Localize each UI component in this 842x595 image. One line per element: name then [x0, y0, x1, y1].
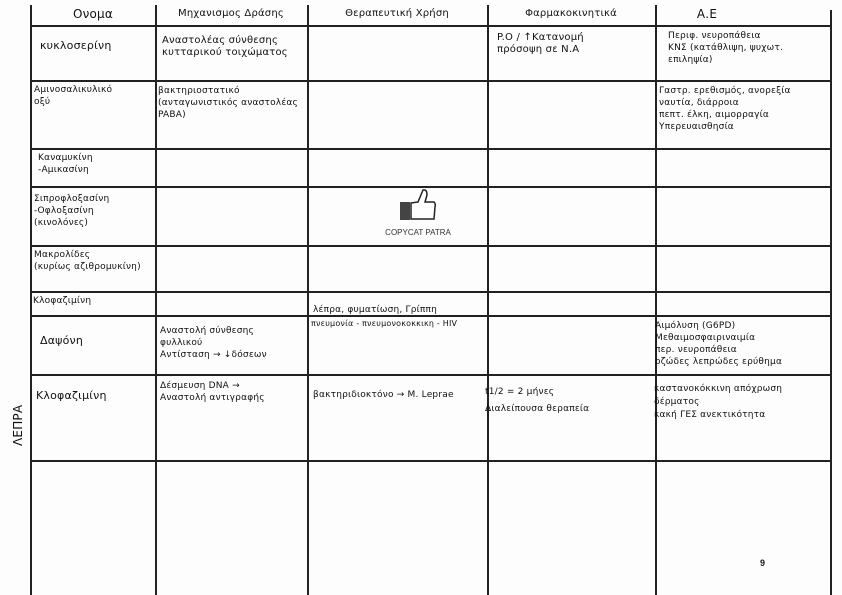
- row7-name: Δαψόνη: [40, 335, 83, 347]
- watermark-text: COPYCAT PATRA: [383, 228, 453, 237]
- header-therapeutic-use: Θεραπευτική Χρήση: [309, 8, 485, 20]
- row8-mechanism: Δέσμευση DNA → Αναστολή αντιγραφής: [160, 380, 265, 404]
- row8-name: Κλοφαζιμίνη: [36, 390, 107, 402]
- header-pharmacokinetics: Φαρμακοκινητικά: [489, 8, 653, 20]
- row6-name: Κλοφαζιμίνη: [33, 295, 91, 307]
- row2-mechanism: βακτηριοστατικό (ανταγωνιστικός αναστολέ…: [158, 85, 298, 121]
- column-divider: [307, 5, 309, 595]
- row5-name: Μακρολίδες (κυρίως αζιθρομυκίνη): [34, 249, 141, 273]
- row1-pk: P.O / ↑Κατανομή πρόσοψη σε Ν.Α: [497, 32, 584, 56]
- row7-mechanism: Αναστολή σύνθεσης φυλλικού Αντίσταση → ↓…: [160, 325, 267, 361]
- row3-name: Καναμυκίνη -Αμικασίνη: [38, 152, 93, 176]
- page-number: 9: [760, 558, 765, 568]
- row8-pk: t1/2 = 2 μήνες Διαλείπουσα θεραπεία: [485, 384, 589, 418]
- row-divider: [30, 80, 832, 82]
- column-divider: [655, 5, 657, 595]
- column-divider: [830, 10, 832, 595]
- row-divider: [30, 148, 832, 150]
- header-mechanism: Μηχανισμος Δράσης: [157, 8, 305, 20]
- row-divider: [30, 374, 832, 376]
- row1-name: κυκλοσερίνη: [40, 40, 112, 52]
- row1-ae: Περιφ. νευροπάθεια ΚΝΣ (κατάθλιψη, ψυχωτ…: [668, 30, 783, 66]
- row6-use: λέπρα, φυματίωση, Γρίππη: [313, 304, 437, 316]
- row-divider: [30, 460, 832, 462]
- row7-ae: Αιμόλυση (G6PD) Μεθαιμοσφαιριναιμία περ.…: [655, 320, 782, 368]
- thumbs-up-icon: [398, 188, 438, 222]
- row8-use: βακτηριδιοκτόνο → M. Leprae: [313, 389, 454, 401]
- column-divider: [487, 5, 489, 595]
- side-label-leprosy: ΛΕΠΡΑ: [12, 406, 24, 446]
- row2-name: Αμινοσαλικυλικό οξύ: [34, 84, 112, 108]
- row1-mechanism: Αναστολέας σύνθεσης κυτταρικού τοιχώματο…: [162, 35, 288, 59]
- row4-name: Σιπροφλοξασίνη -Οφλοξασίνη (κινολόνες): [34, 193, 109, 229]
- column-divider: [155, 5, 157, 595]
- row-divider: [30, 245, 832, 247]
- row8-ae: καστανοκόκκινη απόχρωση δέρματος κακή ΓΕ…: [654, 383, 782, 422]
- column-divider: [30, 5, 32, 595]
- scanned-page: Ονομα Μηχανισμος Δράσης Θεραπευτική Χρήσ…: [0, 0, 842, 595]
- row-divider: [30, 291, 832, 293]
- row-divider: [30, 25, 832, 27]
- header-name: Ονομα: [32, 8, 154, 20]
- watermark: COPYCAT PATRA: [383, 188, 453, 237]
- row2-ae: Γαστρ. ερεθισμός, ανορεξία ναυτία, διάρρ…: [659, 85, 791, 133]
- row7-use: πνευμονία - πνευμονοκοκκικη - HIV: [311, 318, 457, 330]
- header-adverse-effects: Α.Ε: [657, 8, 757, 20]
